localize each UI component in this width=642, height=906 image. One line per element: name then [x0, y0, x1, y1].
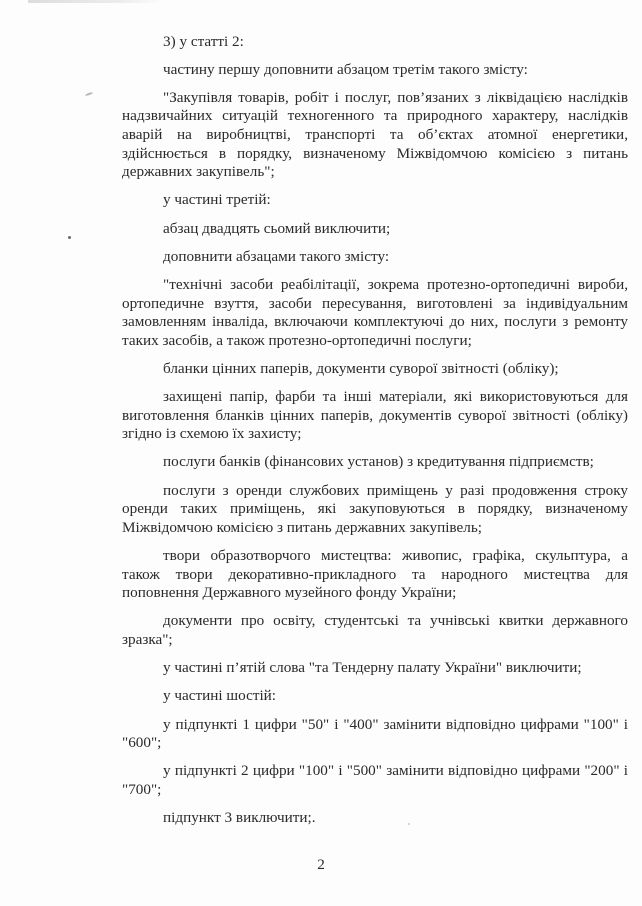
paragraph: "Закупівля товарів, робіт і послуг, пов’… — [122, 89, 628, 182]
paragraph: послуги з оренди службових приміщень у р… — [122, 482, 628, 538]
paragraph: у частині третій: — [122, 191, 628, 210]
paragraph: у частині п’ятій слова "та Тендерну пала… — [122, 659, 628, 678]
paragraph: захищені папір, фарби та інші матеріали,… — [122, 388, 628, 444]
paragraph: у підпункті 1 цифри "50" і "400" замінит… — [122, 716, 628, 753]
scan-speck — [85, 92, 93, 97]
paragraph: твори образотворчого мистецтва: живопис,… — [122, 547, 628, 603]
scan-artifact — [28, 0, 163, 3]
paragraph: частину першу доповнити абзацом третім т… — [122, 61, 628, 80]
paragraph: підпункт 3 виключити;. — [122, 809, 628, 828]
paragraph: доповнити абзацами такого змісту: — [122, 248, 628, 267]
document-page: 3) у статті 2: частину першу доповнити а… — [0, 0, 642, 906]
paragraph: документи про освіту, студентські та учн… — [122, 612, 628, 649]
paragraph: у підпункті 2 цифри "100" і "500" заміни… — [122, 762, 628, 799]
document-body: 3) у статті 2: частину першу доповнити а… — [122, 33, 628, 837]
scan-speck — [68, 236, 71, 239]
paragraph: абзац двадцять сьомий виключити; — [122, 220, 628, 239]
section-heading: 3) у статті 2: — [122, 33, 628, 52]
paragraph: бланки цінних паперів, документи суворої… — [122, 360, 628, 379]
paragraph: у частині шостій: — [122, 687, 628, 706]
paragraph: послуги банків (фінансових установ) з кр… — [122, 453, 628, 472]
paragraph: "технічні засоби реабілітації, зокрема п… — [122, 276, 628, 350]
page-number: 2 — [0, 856, 642, 874]
